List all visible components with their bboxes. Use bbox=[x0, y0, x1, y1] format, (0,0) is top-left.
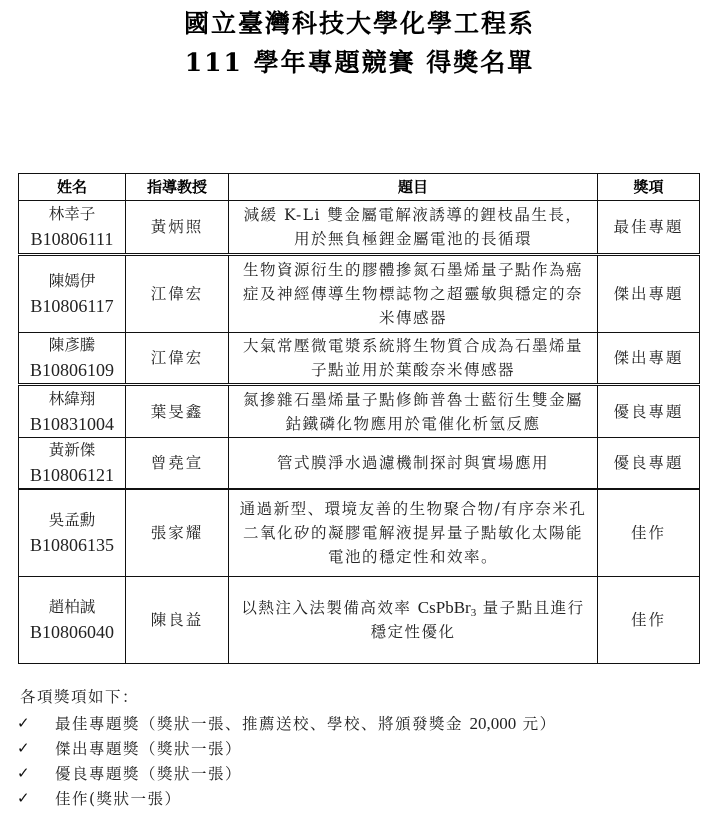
topic-cell: 以熱注入法製備高效率 CsPbBr3 量子點且進行穩定性優化 bbox=[229, 576, 598, 663]
student-cell: 陳嫣伊 B10806117 bbox=[19, 255, 126, 333]
table-row: 林幸子 B10806111 黃炳照 減緩 K-Li 雙金屬電解液誘導的鋰枝晶生長… bbox=[19, 201, 700, 255]
checkmark-icon: ✓ bbox=[17, 714, 55, 732]
award-cell: 佳作 bbox=[598, 576, 700, 663]
list-item: ✓ 傑出專題獎（獎狀一張） bbox=[20, 735, 557, 760]
award-desc: 最佳專題獎（獎狀一張、推薦送校、學校、將頒發獎金 20,000 元） bbox=[55, 712, 557, 734]
award-desc: 佳作(獎狀一張） bbox=[55, 787, 182, 809]
topic-cell: 減緩 K-Li 雙金屬電解液誘導的鋰枝晶生長，用於無負極鋰金屬電池的長循環 bbox=[229, 201, 598, 255]
advisor-cell: 陳良益 bbox=[126, 576, 229, 663]
column-header-topic: 題目 bbox=[229, 174, 598, 201]
topic-prefix: 以熱注入法製備高效率 bbox=[241, 599, 417, 617]
list-item: ✓ 佳作(獎狀一張） bbox=[20, 785, 557, 810]
topic-cell: 管式膜淨水過濾機制探討與實場應用 bbox=[229, 438, 598, 490]
table-row: 趙柏誠 B10806040 陳良益 以熱注入法製備高效率 CsPbBr3 量子點… bbox=[19, 576, 700, 663]
table-row: 吳孟勳 B10806135 張家耀 通過新型、環境友善的生物聚合物/有序奈米孔二… bbox=[19, 489, 700, 576]
table-row: 陳嫣伊 B10806117 江偉宏 生物資源衍生的膠體摻氮石墨烯量子點作為癌症及… bbox=[19, 255, 700, 333]
student-name: 林幸子 bbox=[25, 202, 119, 227]
table-row: 陳彥騰 B10806109 江偉宏 大氣常壓微電漿系統將生物質合成為石墨烯量子點… bbox=[19, 333, 700, 385]
student-cell: 林緯翔 B10831004 bbox=[19, 385, 126, 438]
student-cell: 趙柏誠 B10806040 bbox=[19, 576, 126, 663]
award-desc: 傑出專題獎（獎狀一張） bbox=[55, 737, 242, 759]
advisor-cell: 江偉宏 bbox=[126, 255, 229, 333]
award-cell: 優良專題 bbox=[598, 438, 700, 490]
award-notes: 各項獎項如下： ✓ 最佳專題獎（獎狀一張、推薦送校、學校、將頒發獎金 20,00… bbox=[20, 685, 557, 810]
list-item: ✓ 最佳專題獎（獎狀一張、推薦送校、學校、將頒發獎金 20,000 元） bbox=[20, 710, 557, 735]
student-id: B10806040 bbox=[25, 620, 119, 645]
award-cell: 最佳專題 bbox=[598, 201, 700, 255]
topic-cell: 通過新型、環境友善的生物聚合物/有序奈米孔二氧化矽的凝膠電解液提昇量子點敏化太陽… bbox=[229, 489, 598, 576]
student-id: B10806117 bbox=[25, 294, 119, 319]
advisor-cell: 張家耀 bbox=[126, 489, 229, 576]
chemical-formula: CsPbBr3 bbox=[418, 598, 476, 617]
student-name: 陳彥騰 bbox=[25, 333, 119, 358]
award-cell: 優良專題 bbox=[598, 385, 700, 438]
award-cell: 傑出專題 bbox=[598, 255, 700, 333]
student-cell: 吳孟勳 B10806135 bbox=[19, 489, 126, 576]
award-cell: 傑出專題 bbox=[598, 333, 700, 385]
topic-cell: 生物資源衍生的膠體摻氮石墨烯量子點作為癌症及神經傳導生物標誌物之超靈敏與穩定的奈… bbox=[229, 255, 598, 333]
table-header-row: 姓名 指導教授 題目 獎項 bbox=[19, 174, 700, 201]
advisor-cell: 江偉宏 bbox=[126, 333, 229, 385]
student-id: B10806111 bbox=[25, 227, 119, 252]
student-name: 吳孟勳 bbox=[25, 508, 119, 533]
student-id: B10806121 bbox=[25, 463, 119, 488]
award-desc: 優良專題獎（獎狀一張） bbox=[55, 762, 242, 784]
student-name: 林緯翔 bbox=[25, 387, 119, 412]
student-id: B10806135 bbox=[25, 533, 119, 558]
student-id: B10831004 bbox=[25, 412, 119, 437]
advisor-cell: 葉旻鑫 bbox=[126, 385, 229, 438]
column-header-name: 姓名 bbox=[19, 174, 126, 201]
notes-heading: 各項獎項如下： bbox=[20, 685, 557, 710]
table-row: 黃新傑 B10806121 曾堯宣 管式膜淨水過濾機制探討與實場應用 優良專題 bbox=[19, 438, 700, 490]
student-name: 趙柏誠 bbox=[25, 595, 119, 620]
award-cell: 佳作 bbox=[598, 489, 700, 576]
page-subtitle: 111 學年專題競賽 得獎名單 bbox=[0, 45, 719, 81]
student-cell: 林幸子 B10806111 bbox=[19, 201, 126, 255]
list-item: ✓ 優良專題獎（獎狀一張） bbox=[20, 760, 557, 785]
checkmark-icon: ✓ bbox=[17, 739, 55, 757]
table-row: 林緯翔 B10831004 葉旻鑫 氮摻雜石墨烯量子點修飾普魯士藍衍生雙金屬鈷鐵… bbox=[19, 385, 700, 438]
student-name: 陳嫣伊 bbox=[25, 269, 119, 294]
advisor-cell: 黃炳照 bbox=[126, 201, 229, 255]
student-id: B10806109 bbox=[25, 358, 119, 383]
column-header-award: 獎項 bbox=[598, 174, 700, 201]
student-name: 黃新傑 bbox=[25, 438, 119, 463]
awards-table: 姓名 指導教授 題目 獎項 林幸子 B10806111 黃炳照 減緩 K-Li … bbox=[18, 173, 700, 664]
award-list: ✓ 最佳專題獎（獎狀一張、推薦送校、學校、將頒發獎金 20,000 元） ✓ 傑… bbox=[20, 710, 557, 810]
topic-cell: 氮摻雜石墨烯量子點修飾普魯士藍衍生雙金屬鈷鐵磷化物應用於電催化析氫反應 bbox=[229, 385, 598, 438]
topic-cell: 大氣常壓微電漿系統將生物質合成為石墨烯量子點並用於葉酸奈米傳感器 bbox=[229, 333, 598, 385]
checkmark-icon: ✓ bbox=[17, 764, 55, 782]
checkmark-icon: ✓ bbox=[17, 789, 55, 807]
student-cell: 黃新傑 B10806121 bbox=[19, 438, 126, 490]
column-header-advisor: 指導教授 bbox=[126, 174, 229, 201]
student-cell: 陳彥騰 B10806109 bbox=[19, 333, 126, 385]
page-title: 國立臺灣科技大學化學工程系 bbox=[0, 6, 719, 42]
advisor-cell: 曾堯宣 bbox=[126, 438, 229, 490]
